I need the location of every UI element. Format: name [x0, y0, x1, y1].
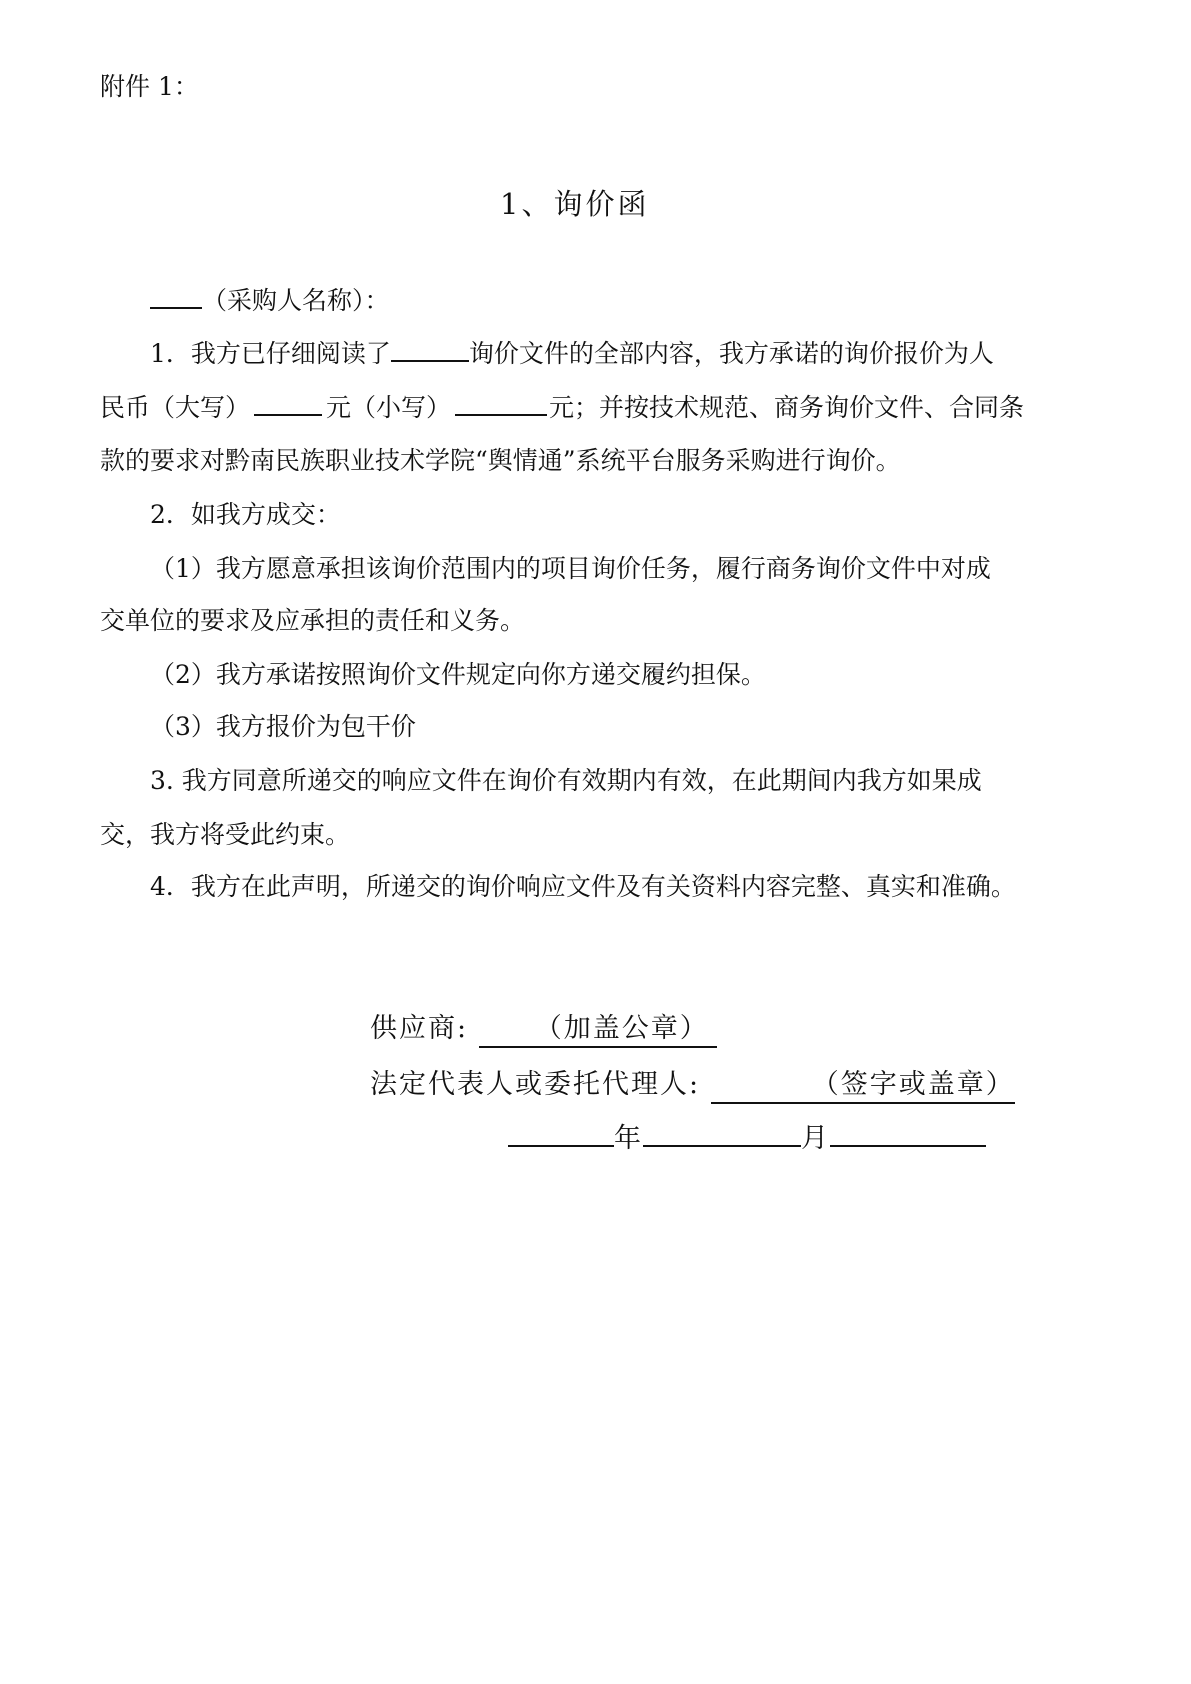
- paragraph-2-2: （2）我方承诺按照询价文件规定向你方递交履约担保。: [150, 660, 766, 690]
- representative-line: 法定代表人或委托代理人: （签字或盖章）: [370, 1062, 1015, 1104]
- year-label: 年: [614, 1123, 643, 1154]
- paragraph-4: 4．我方在此声明，所递交的询价响应文件及有关资料内容完整、真实和准确。: [150, 872, 1016, 902]
- paragraph-2-1-line-1: （1）我方愿意承担该询价范围内的项目询价任务，履行商务询价文件中对成: [150, 554, 991, 584]
- p1-text-d: 元（小写）: [326, 393, 451, 422]
- supplier-seal-field[interactable]: （加盖公章）: [479, 1006, 717, 1048]
- day-blank[interactable]: [830, 1121, 986, 1147]
- paragraph-2-1-line-2: 交单位的要求及应承担的责任和义务。: [100, 606, 525, 636]
- paragraph-1-line-1: 1．我方已仔细阅读了询价文件的全部内容，我方承诺的询价报价为人: [150, 338, 994, 369]
- paragraph-1-line-3: 款的要求对黔南民族职业技术学院“舆情通”系统平台服务采购进行询价。: [100, 446, 901, 476]
- year-blank[interactable]: [508, 1121, 614, 1147]
- p1-text-a: 1．我方已仔细阅读了: [150, 339, 391, 368]
- attachment-label: 附件 1：: [100, 72, 199, 102]
- month-label: 月: [801, 1123, 830, 1154]
- p1-text-e: 元；并按技术规范、商务询价文件、合同条: [549, 393, 1024, 422]
- project-name-blank[interactable]: [391, 338, 469, 362]
- date-line: 年月: [508, 1116, 986, 1155]
- paragraph-3-line-1: 3. 我方同意所递交的响应文件在询价有效期内有效，在此期间内我方如果成: [150, 766, 982, 796]
- page-title: 1、询价函: [500, 182, 649, 223]
- month-blank[interactable]: [643, 1121, 801, 1147]
- price-uppercase-blank[interactable]: [254, 392, 322, 416]
- addressee-line: （采购人名称）：: [150, 285, 390, 316]
- paragraph-3-line-2: 交，我方将受此约束。: [100, 820, 350, 850]
- price-lowercase-blank[interactable]: [455, 392, 547, 416]
- supplier-label: 供应商:: [370, 1013, 468, 1044]
- addressee-suffix: （采购人名称）：: [202, 286, 390, 315]
- paragraph-1-line-2: 民币（大写）元（小写）元；并按技术规范、商务询价文件、合同条: [100, 392, 1024, 423]
- supplier-line: 供应商: （加盖公章）: [370, 1006, 717, 1048]
- p1-text-c: 民币（大写）: [100, 393, 250, 422]
- paragraph-2-3: （3）我方报价为包干价: [150, 712, 416, 742]
- p1-text-b: 询价文件的全部内容，我方承诺的询价报价为人: [469, 339, 994, 368]
- paragraph-2: 2．如我方成交：: [150, 500, 341, 530]
- representative-label: 法定代表人或委托代理人:: [370, 1069, 700, 1100]
- purchaser-name-blank[interactable]: [150, 285, 202, 309]
- representative-sign-field[interactable]: （签字或盖章）: [711, 1062, 1015, 1104]
- supplier-note: （加盖公章）: [535, 1013, 709, 1044]
- representative-note: （签字或盖章）: [812, 1069, 1015, 1100]
